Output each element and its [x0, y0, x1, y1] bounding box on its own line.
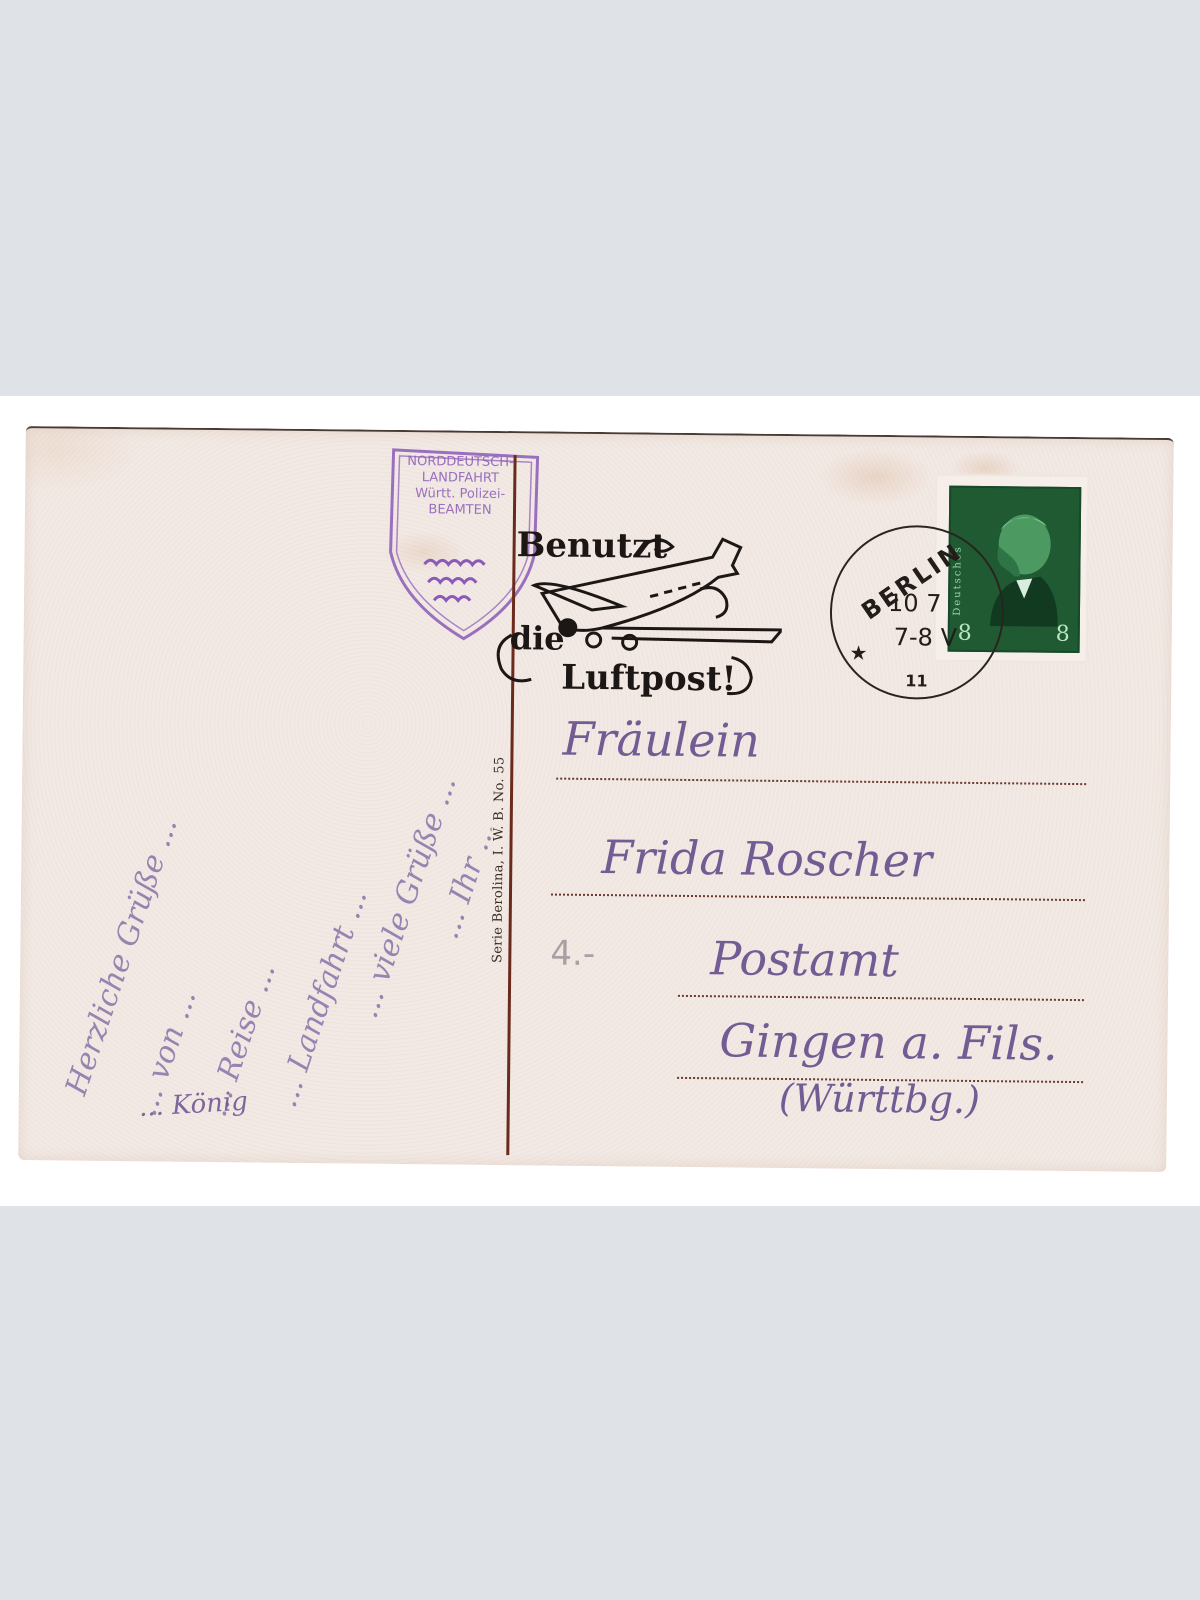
address-line-rule — [678, 995, 1084, 1001]
postmark: BERLIN 10 7 7-8 V ★ 11 — [829, 524, 1005, 700]
postmark-date: 10 7 — [888, 589, 942, 618]
address-line-rule — [551, 894, 1085, 902]
postmark-time: 7-8 V — [894, 623, 958, 652]
address-salutation: Fräulein — [562, 712, 760, 768]
address-line-rule — [556, 778, 1086, 786]
star-icon: ★ — [849, 641, 867, 665]
printer-imprint: Serie Berolina, I. W. B. No. 55 — [490, 756, 507, 963]
address-name: Frida Roscher — [601, 830, 932, 887]
airmail-slogan-cancel: Benutzt die Luftpost! — [481, 515, 783, 708]
postmark-office-number: 11 — [905, 671, 927, 690]
address-street: Postamt — [710, 931, 899, 987]
address-region: (Württbg.) — [779, 1076, 981, 1122]
postcard: Herzliche Grüße ... ... von ... ... Reis… — [18, 426, 1174, 1172]
pencil-price-note: 4.- — [550, 934, 595, 974]
address-city: Gingen a. Fils. — [719, 1013, 1058, 1071]
slogan-line-2: die — [509, 619, 564, 658]
slogan-line-3: Luftpost! — [561, 658, 737, 700]
stamp-value-right: 8 — [1056, 622, 1070, 647]
slogan-line-1: Benutzt — [516, 525, 667, 567]
